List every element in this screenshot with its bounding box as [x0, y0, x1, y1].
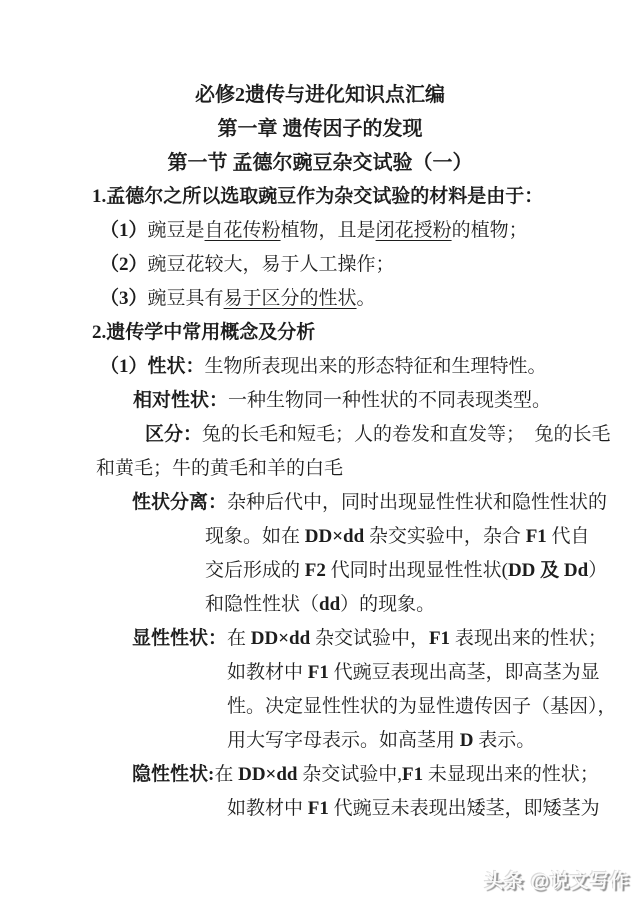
text-segment: 生物所表现出来的形态特征和生理特性。 [205, 356, 547, 377]
text-segment: 和隐性性状（ [205, 594, 319, 615]
text-segment: DD×dd [238, 764, 297, 785]
text-segment: 现象。如在 [205, 526, 305, 547]
text-segment: （1） [100, 220, 148, 241]
text-segment: 一种生物同一种性状的不同表现类型。 [228, 390, 551, 411]
watermark: 头条 @说文写作 [484, 866, 630, 893]
text-segment: 植物，且是 [281, 220, 376, 241]
text-segment: 代豌豆未表现出矮茎，即矮茎为 [329, 798, 600, 819]
text-segment: 表现出来的性状； [450, 628, 607, 649]
recessive-trait-definition: 隐性性状:在 DD×dd 杂交试验中,F1 未显现出来的性状； [92, 758, 600, 792]
text-segment: 性。决定显性性状的为显性遗传因子（基因）， [227, 696, 617, 717]
recessive-trait-cont-1: 如教材中 F1 代豌豆未表现出矮茎，即矮茎为 [92, 792, 600, 826]
text-segment: F1 [429, 628, 450, 649]
trait-segregation-definition: 性状分离：杂种后代中，同时出现显性性状和隐性性状的 [92, 486, 600, 520]
text-segment: 第一章 遗传因子的发现 [218, 118, 423, 140]
trait-examples: 区分：兔的长毛和短毛；人的卷发和直发等； 兔的长毛 [92, 418, 600, 452]
reason-item-1: （1）豌豆是自花传粉植物，且是闭花授粉的植物； [92, 214, 600, 248]
trait-examples-cont: 和黄毛；牛的黄毛和羊的白毛 [92, 452, 600, 486]
text-segment: F1 [402, 764, 423, 785]
chapter-heading: 第一章 遗传因子的发现 [92, 112, 600, 146]
text-segment: D [460, 730, 474, 751]
text-segment: 必修2遗传与进化知识点汇编 [195, 84, 445, 106]
text-segment: 代豌豆表现出高茎，即高茎为显 [329, 662, 600, 683]
text-segment: 如教材中 [227, 662, 308, 683]
text-segment: F2 [305, 560, 326, 581]
point-2-heading: 2.遗传学中常用概念及分析 [92, 316, 600, 350]
dominant-trait-cont-2: 性。决定显性性状的为显性遗传因子（基因）， [92, 690, 600, 724]
text-segment: 性状分离： [132, 492, 227, 513]
text-segment: DD 及 Dd [508, 560, 588, 581]
text-segment: 杂交试验中， [310, 628, 429, 649]
text-segment: 。 [357, 288, 376, 309]
text-segment: 在 [214, 764, 238, 785]
text-segment: 豌豆是 [148, 220, 205, 241]
trait-segregation-cont-2: 交后形成的 F2 代同时出现显性性状(DD 及 Dd） [92, 554, 600, 588]
text-segment: dd [319, 594, 340, 615]
text-segment: 性状： [148, 356, 205, 377]
relative-trait-definition: 相对性状：一种生物同一种性状的不同表现类型。 [92, 384, 600, 418]
text-segment: 第一节 孟德尔豌豆杂交试验（一） [168, 152, 473, 174]
trait-segregation-cont-3: 和隐性性状（dd）的现象。 [92, 588, 600, 622]
text-segment: ） [588, 560, 607, 581]
text-segment: 代自 [547, 526, 590, 547]
text-segment: （2） [100, 254, 148, 275]
text-segment: （1） [100, 356, 148, 377]
text-segment: 2.遗传学中常用概念及分析 [92, 322, 315, 343]
text-segment: 相对性状： [133, 390, 228, 411]
text-segment: 1.孟德尔之所以选取豌豆作为杂交试验的材料是由于： [92, 186, 543, 207]
text-segment: 豌豆具有 [148, 288, 224, 309]
text-segment: 用大写字母表示。如高茎用 [227, 730, 460, 751]
text-segment: 代同时出现显性性状( [326, 560, 508, 581]
text-segment: F1 [308, 798, 329, 819]
text-segment: 豌豆花较大，易于人工操作； [148, 254, 395, 275]
dominant-trait-cont-1: 如教材中 F1 代豌豆表现出高茎，即高茎为显 [92, 656, 600, 690]
text-segment: 杂交实验中，杂合 [364, 526, 526, 547]
text-segment: 的植物； [452, 220, 528, 241]
trait-definition: （1）性状：生物所表现出来的形态特征和生理特性。 [92, 350, 600, 384]
dominant-trait-cont-3: 用大写字母表示。如高茎用 D 表示。 [92, 724, 600, 758]
reason-item-2: （2）豌豆花较大，易于人工操作； [92, 248, 600, 282]
text-segment: 易于区分的性状 [224, 288, 357, 309]
text-segment: 杂交试验中, [298, 764, 403, 785]
trait-segregation-cont-1: 现象。如在 DD×dd 杂交实验中，杂合 F1 代自 [92, 520, 600, 554]
text-segment: 显性性状： [132, 628, 227, 649]
text-segment: 隐性性状: [132, 764, 214, 785]
text-segment: F1 [526, 526, 547, 547]
text-segment: （3） [100, 288, 148, 309]
text-segment: DD×dd [251, 628, 310, 649]
dominant-trait-definition: 显性性状：在 DD×dd 杂交试验中，F1 表现出来的性状； [92, 622, 600, 656]
reason-item-3: （3）豌豆具有易于区分的性状。 [92, 282, 600, 316]
text-segment: 交后形成的 [205, 560, 305, 581]
text-segment: 在 [227, 628, 251, 649]
text-segment: 和黄毛；牛的黄毛和羊的白毛 [96, 458, 343, 479]
text-segment: DD×dd [305, 526, 364, 547]
document-lines: 必修2遗传与进化知识点汇编第一章 遗传因子的发现第一节 孟德尔豌豆杂交试验（一）… [0, 0, 640, 826]
doc-title: 必修2遗传与进化知识点汇编 [92, 78, 600, 112]
point-1-heading: 1.孟德尔之所以选取豌豆作为杂交试验的材料是由于： [92, 180, 600, 214]
text-segment: 如教材中 [227, 798, 308, 819]
document-page: 必修2遗传与进化知识点汇编第一章 遗传因子的发现第一节 孟德尔豌豆杂交试验（一）… [0, 0, 640, 905]
text-segment: ）的现象。 [340, 594, 435, 615]
text-segment: F1 [308, 662, 329, 683]
text-segment: 闭花授粉 [376, 220, 452, 241]
text-segment: 兔的长毛和短毛；人的卷发和直发等； 兔的长毛 [202, 424, 611, 445]
text-segment: 区分： [145, 424, 202, 445]
text-segment: 杂种后代中，同时出现显性性状和隐性性状的 [227, 492, 607, 513]
text-segment: 表示。 [474, 730, 536, 751]
text-segment: 自花传粉 [205, 220, 281, 241]
text-segment: 未显现出来的性状； [423, 764, 599, 785]
section-heading: 第一节 孟德尔豌豆杂交试验（一） [92, 146, 600, 180]
